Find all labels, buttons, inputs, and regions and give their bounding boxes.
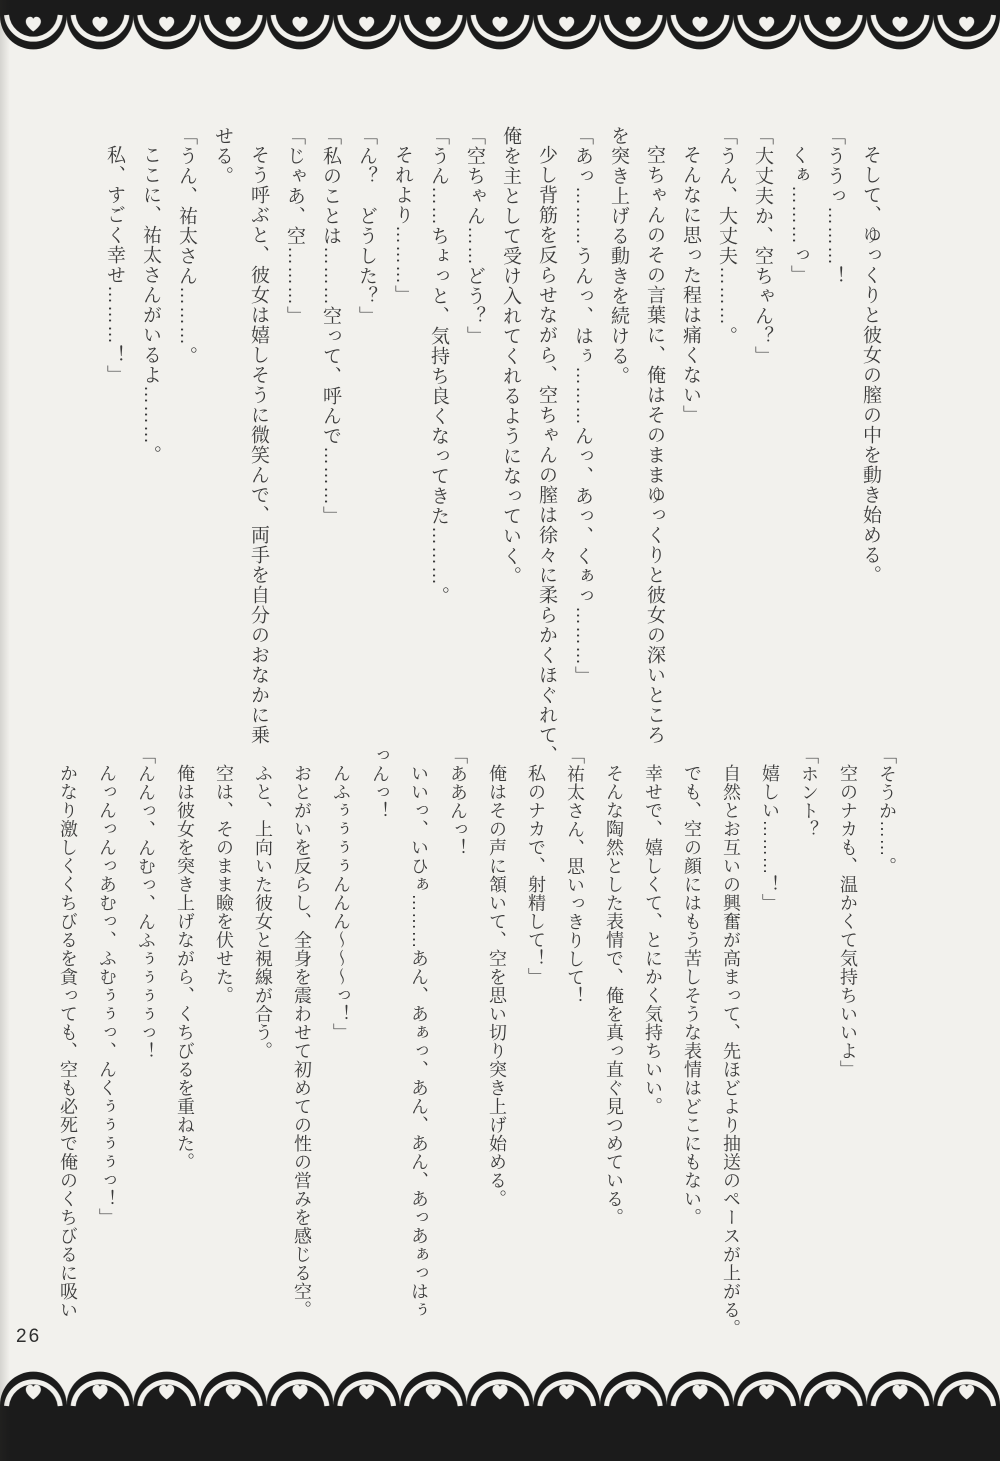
text-line: そんな陶然とした表情で、俺を真っ直ぐ見つめている。 [594, 746, 633, 1364]
text-line: 「大丈夫か、空ちゃん？」 [744, 126, 780, 778]
text-line: 嬉しい………！」 [750, 746, 789, 1364]
text-line: 私のナカで、射精して！」 [516, 746, 555, 1364]
text-line: 「祐太さん、思いっきりして！ [555, 746, 594, 1364]
text-line: それより………」 [384, 126, 420, 778]
text-line: 「うん、祐太さん………。 [168, 126, 204, 778]
text-line: でも、空の顔にはもう苦しそうな表情はどこにもない。 [672, 746, 711, 1364]
text-line: んふぅぅぅぅんんん～～～っ！」 [321, 746, 360, 1364]
text-line: を突き上げる動きを続ける。 [600, 126, 636, 778]
text-line: 私、すごく幸せ………！」 [96, 126, 132, 778]
text-line: っんっ！ [360, 746, 399, 1364]
text-line: 「そうか……。 [867, 746, 906, 1364]
text-line: そして、ゆっくりと彼女の膣の中を動き始める。 [852, 126, 888, 778]
lace-border-top [0, 0, 1000, 50]
text-line: 「じゃあ、空………」 [276, 126, 312, 778]
text-line: 空ちゃんのその言葉に、俺はそのままゆっくりと彼女の深いところ [636, 126, 672, 778]
text-line: ここに、祐太さんがいるよ………。 [132, 126, 168, 778]
text-line: 俺を主として受け入れてくれるようになっていく。 [492, 126, 528, 778]
page: そして、ゆっくりと彼女の膣の中を動き始める。「ううっ………！くぁ………っ」「大丈… [0, 0, 1000, 1461]
text-line: 「ああんっ！ [438, 746, 477, 1364]
text-line: 俺はその声に頷いて、空を思い切り突き上げ始める。 [477, 746, 516, 1364]
text-line: そんなに思った程は痛くない」 [672, 126, 708, 778]
text-line: 「あっ………うんっ、はぅ………んっ、あっ、くぁっ………」 [564, 126, 600, 778]
text-line: かなり激しくくちびるを貪っても、空も必死で俺のくちびるに吸い [48, 746, 87, 1364]
text-line: 「ううっ………！ [816, 126, 852, 778]
text-line: おとがいを反らし、全身を震わせて初めての性の営みを感じる空。 [282, 746, 321, 1364]
text-line: 「うん……ちょっと、気持ち良くなってきた………。 [420, 126, 456, 778]
lace-border-bottom [0, 1361, 1000, 1461]
text-line: 「んんっ、んむっ、んふぅぅぅぅっ！ [126, 746, 165, 1364]
text-line: いいっ、いひぁ………あん、あぁっ、あん、あん、あっあぁっはぅ [399, 746, 438, 1364]
text-line: 「私のことは………空って、呼んで………」 [312, 126, 348, 778]
text-line: 俺は彼女を突き上げながら、くちびるを重ねた。 [165, 746, 204, 1364]
upper-text-block: そして、ゆっくりと彼女の膣の中を動き始める。「ううっ………！くぁ………っ」「大丈… [88, 126, 888, 778]
text-line: 幸せで、嬉しくて、とにかく気持ちいい。 [633, 746, 672, 1364]
text-line: そう呼ぶと、彼女は嬉しそうに微笑んで、両手を自分のおなかに乗 [240, 126, 276, 778]
text-line: 自然とお互いの興奮が高まって、先ほどより抽送のペースが上がる。 [711, 746, 750, 1364]
text-line: 少し背筋を反らせながら、空ちゃんの膣は徐々に柔らかくほぐれて、 [528, 126, 564, 778]
text-line: 空のナカも、温かくて気持ちいいよ」 [828, 746, 867, 1364]
text-line: 「空ちゃん……どう？」 [456, 126, 492, 778]
text-line: せる。 [204, 126, 240, 778]
text-line: 「ホント？ [789, 746, 828, 1364]
lower-text-block: 「そうか……。空のナカも、温かくて気持ちいいよ」「ホント？嬉しい………！」自然と… [44, 746, 906, 1364]
text-line: くぁ………っ」 [780, 126, 816, 778]
page-number: 26 [16, 1326, 41, 1348]
text-line: ふと、上向いた彼女と視線が合う。 [243, 746, 282, 1364]
text-line: んっんっんっあむっ、ふむぅぅっ、んくぅぅぅぅっ！」 [87, 746, 126, 1364]
text-line: 空は、そのまま瞼を伏せた。 [204, 746, 243, 1364]
text-line: 「ん？ どうした？」 [348, 126, 384, 778]
text-line: 「うん、大丈夫………。 [708, 126, 744, 778]
